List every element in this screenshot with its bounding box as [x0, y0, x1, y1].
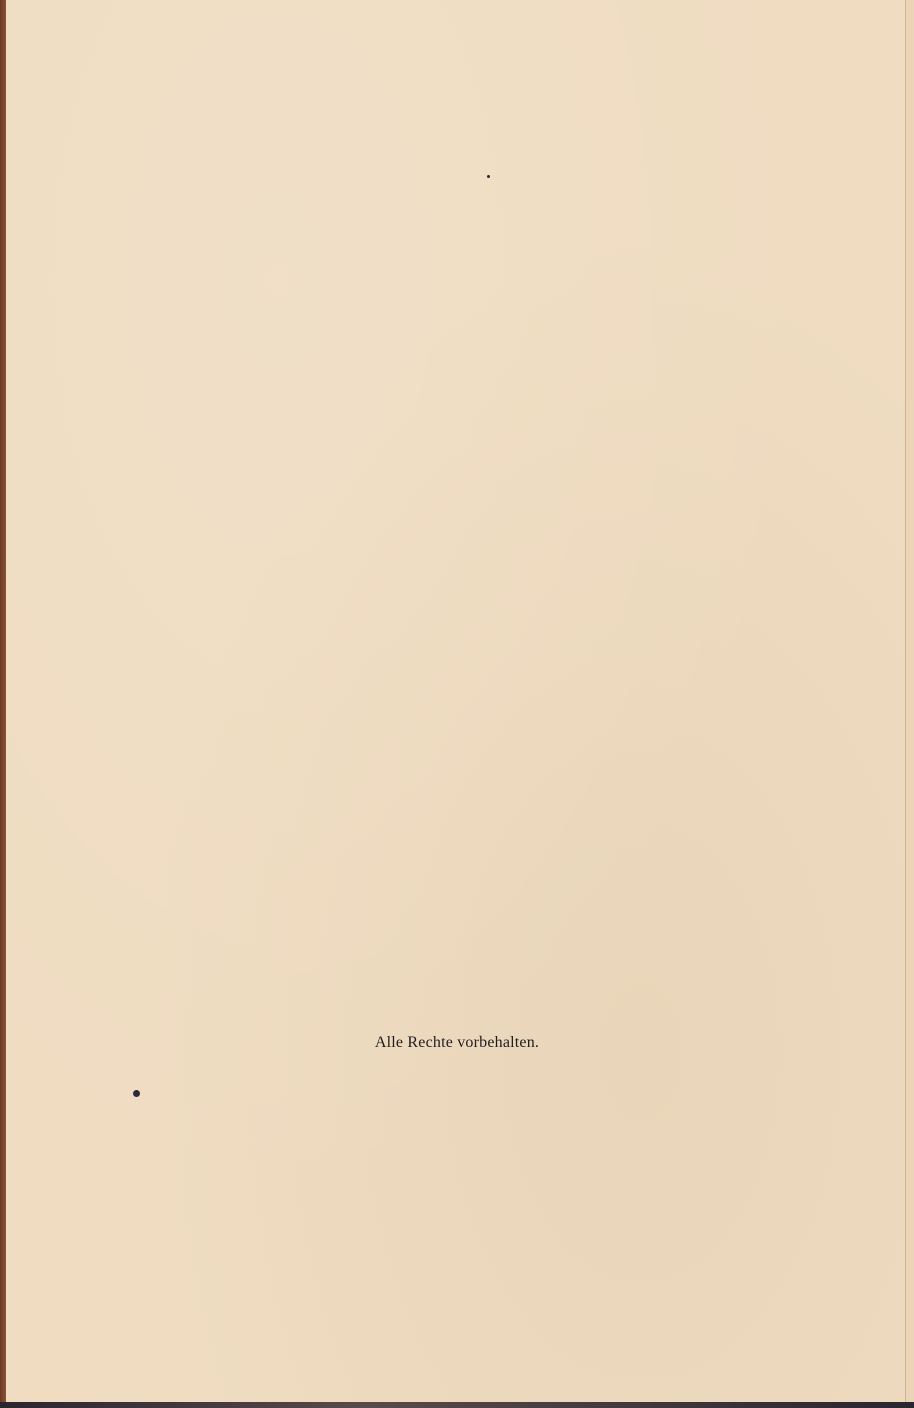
book-page — [6, 0, 914, 1404]
ink-speck — [133, 1090, 140, 1097]
rights-notice: Alle Rechte vorbehalten. — [0, 1034, 914, 1052]
bleed-through-text: ​ — [0, 222, 914, 269]
ink-speck — [487, 175, 490, 178]
page-bottom-shadow — [0, 1402, 914, 1408]
page-right-edge — [905, 0, 914, 1404]
